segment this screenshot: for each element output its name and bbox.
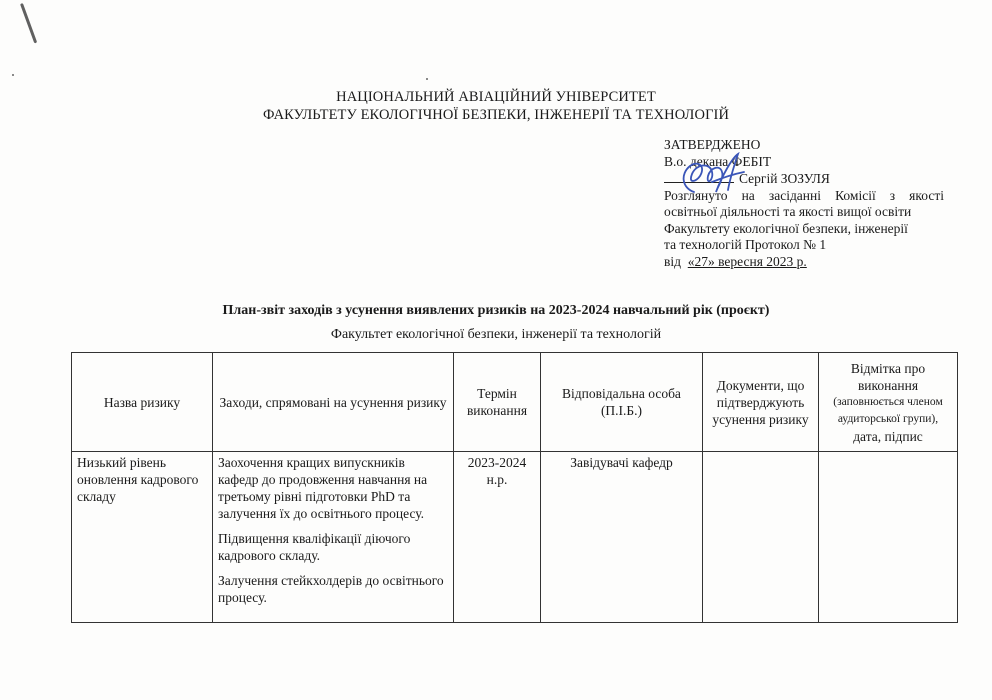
column-header-risk-name: Назва ризику [72,353,213,452]
considered-line-2: освітньої діяльності та якості вищої осв… [664,204,944,221]
handwritten-signature-icon [672,152,752,198]
university-name: НАЦІОНАЛЬНИЙ АВІАЦІЙНИЙ УНІВЕРСИТЕТ [0,88,992,106]
scan-artifact-mark [20,3,37,43]
document-title: План-звіт заходів з усунення виявлених р… [0,303,992,319]
measure-item: Залучення стейкхолдерів до освітнього пр… [218,572,448,606]
term-suffix: н.р. [459,471,535,488]
column-header-documents: Документи, що підтверджують усунення риз… [703,353,819,452]
completion-mark-note: (заповнюється членом аудиторської групи)… [824,394,952,428]
document-subtitle: Факультет екологічної безпеки, інженерії… [0,327,992,343]
measures-cell: Заохочення кращих випускників кафедр до … [213,452,454,623]
term-cell: 2023-2024 н.р. [454,452,541,623]
table-header-row: Назва ризику Заходи, спрямовані на усуне… [72,353,958,452]
considered-line-4: та технологій Протокол № 1 [664,237,944,254]
date-prefix: від [664,254,681,269]
completion-mark-cell [819,452,958,623]
risk-plan-table: Назва ризику Заходи, спрямовані на усуне… [71,352,958,623]
column-header-term: Термін виконання [454,353,541,452]
measure-item: Заохочення кращих випускників кафедр до … [218,454,448,522]
protocol-date: від «27» вересня 2023 р. [664,254,944,271]
measure-item: Підвищення кваліфікації діючого кадровог… [218,530,448,564]
completion-mark-label: Відмітка про виконання [824,360,952,394]
completion-mark-date-sign: дата, підпис [824,428,952,445]
responsible-cell: Завідувачі кафедр [541,452,703,623]
faculty-name: ФАКУЛЬТЕТУ ЕКОЛОГІЧНОЇ БЕЗПЕКИ, ІНЖЕНЕРІ… [0,106,992,124]
date-value: «27» вересня 2023 р. [688,254,807,269]
document-header: НАЦІОНАЛЬНИЙ АВІАЦІЙНИЙ УНІВЕРСИТЕТ ФАКУ… [0,88,992,124]
considered-line-3: Факультету екологічної безпеки, інженері… [664,221,944,238]
dean-name: Сергій ЗОЗУЛЯ [739,171,830,186]
column-header-responsible: Відповідальна особа (П.І.Б.) [541,353,703,452]
term-years: 2023-2024 [459,454,535,471]
scan-speck [426,78,428,80]
column-header-completion-mark: Відмітка про виконання (заповнюється чле… [819,353,958,452]
column-header-measures: Заходи, спрямовані на усунення ризику [213,353,454,452]
table-row: Низький рівень оновлення кадрового склад… [72,452,958,623]
scan-speck [12,74,14,76]
risk-name-cell: Низький рівень оновлення кадрового склад… [72,452,213,623]
documents-cell [703,452,819,623]
